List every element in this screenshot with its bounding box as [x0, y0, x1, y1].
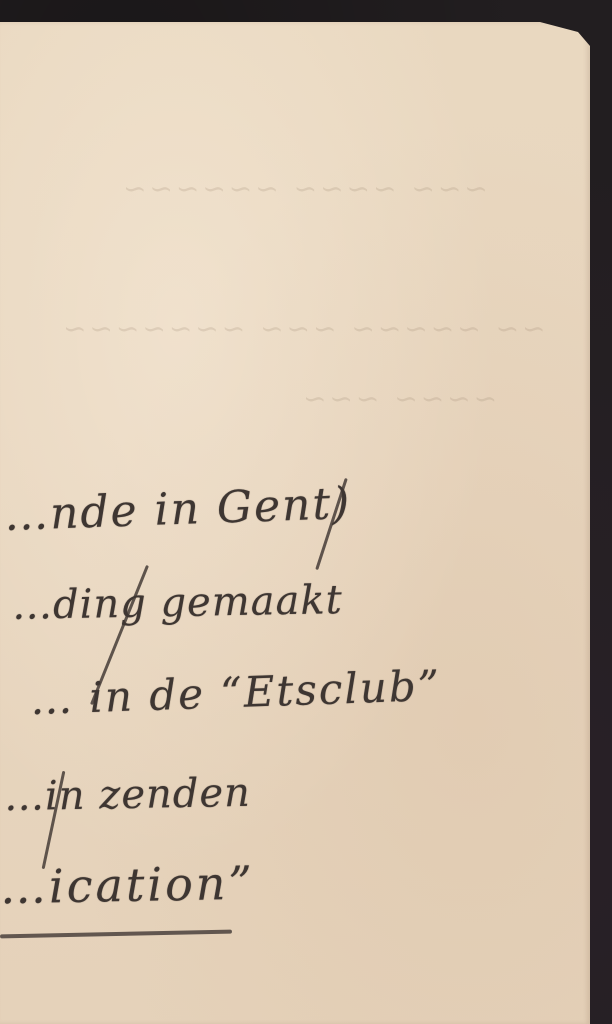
bleed-through-text: ~~~ ~~~~ ~~~~~~ [120, 172, 488, 205]
handwritten-line-5: …ication” [0, 856, 255, 914]
handwritten-line-4: …in zenden [4, 770, 252, 820]
scanned-page: ~~~ ~~~~ ~~~~~~ ~~ ~~~~~ ~~~ ~~~~~~~ ~~~… [0, 0, 612, 1024]
bleed-through-text: ~~~~ ~~~ [300, 382, 497, 415]
bleed-through-text: ~~ ~~~~~ ~~~ ~~~~~~~ [60, 312, 546, 345]
handwritten-line-2: …ding gemaakt [12, 577, 343, 629]
